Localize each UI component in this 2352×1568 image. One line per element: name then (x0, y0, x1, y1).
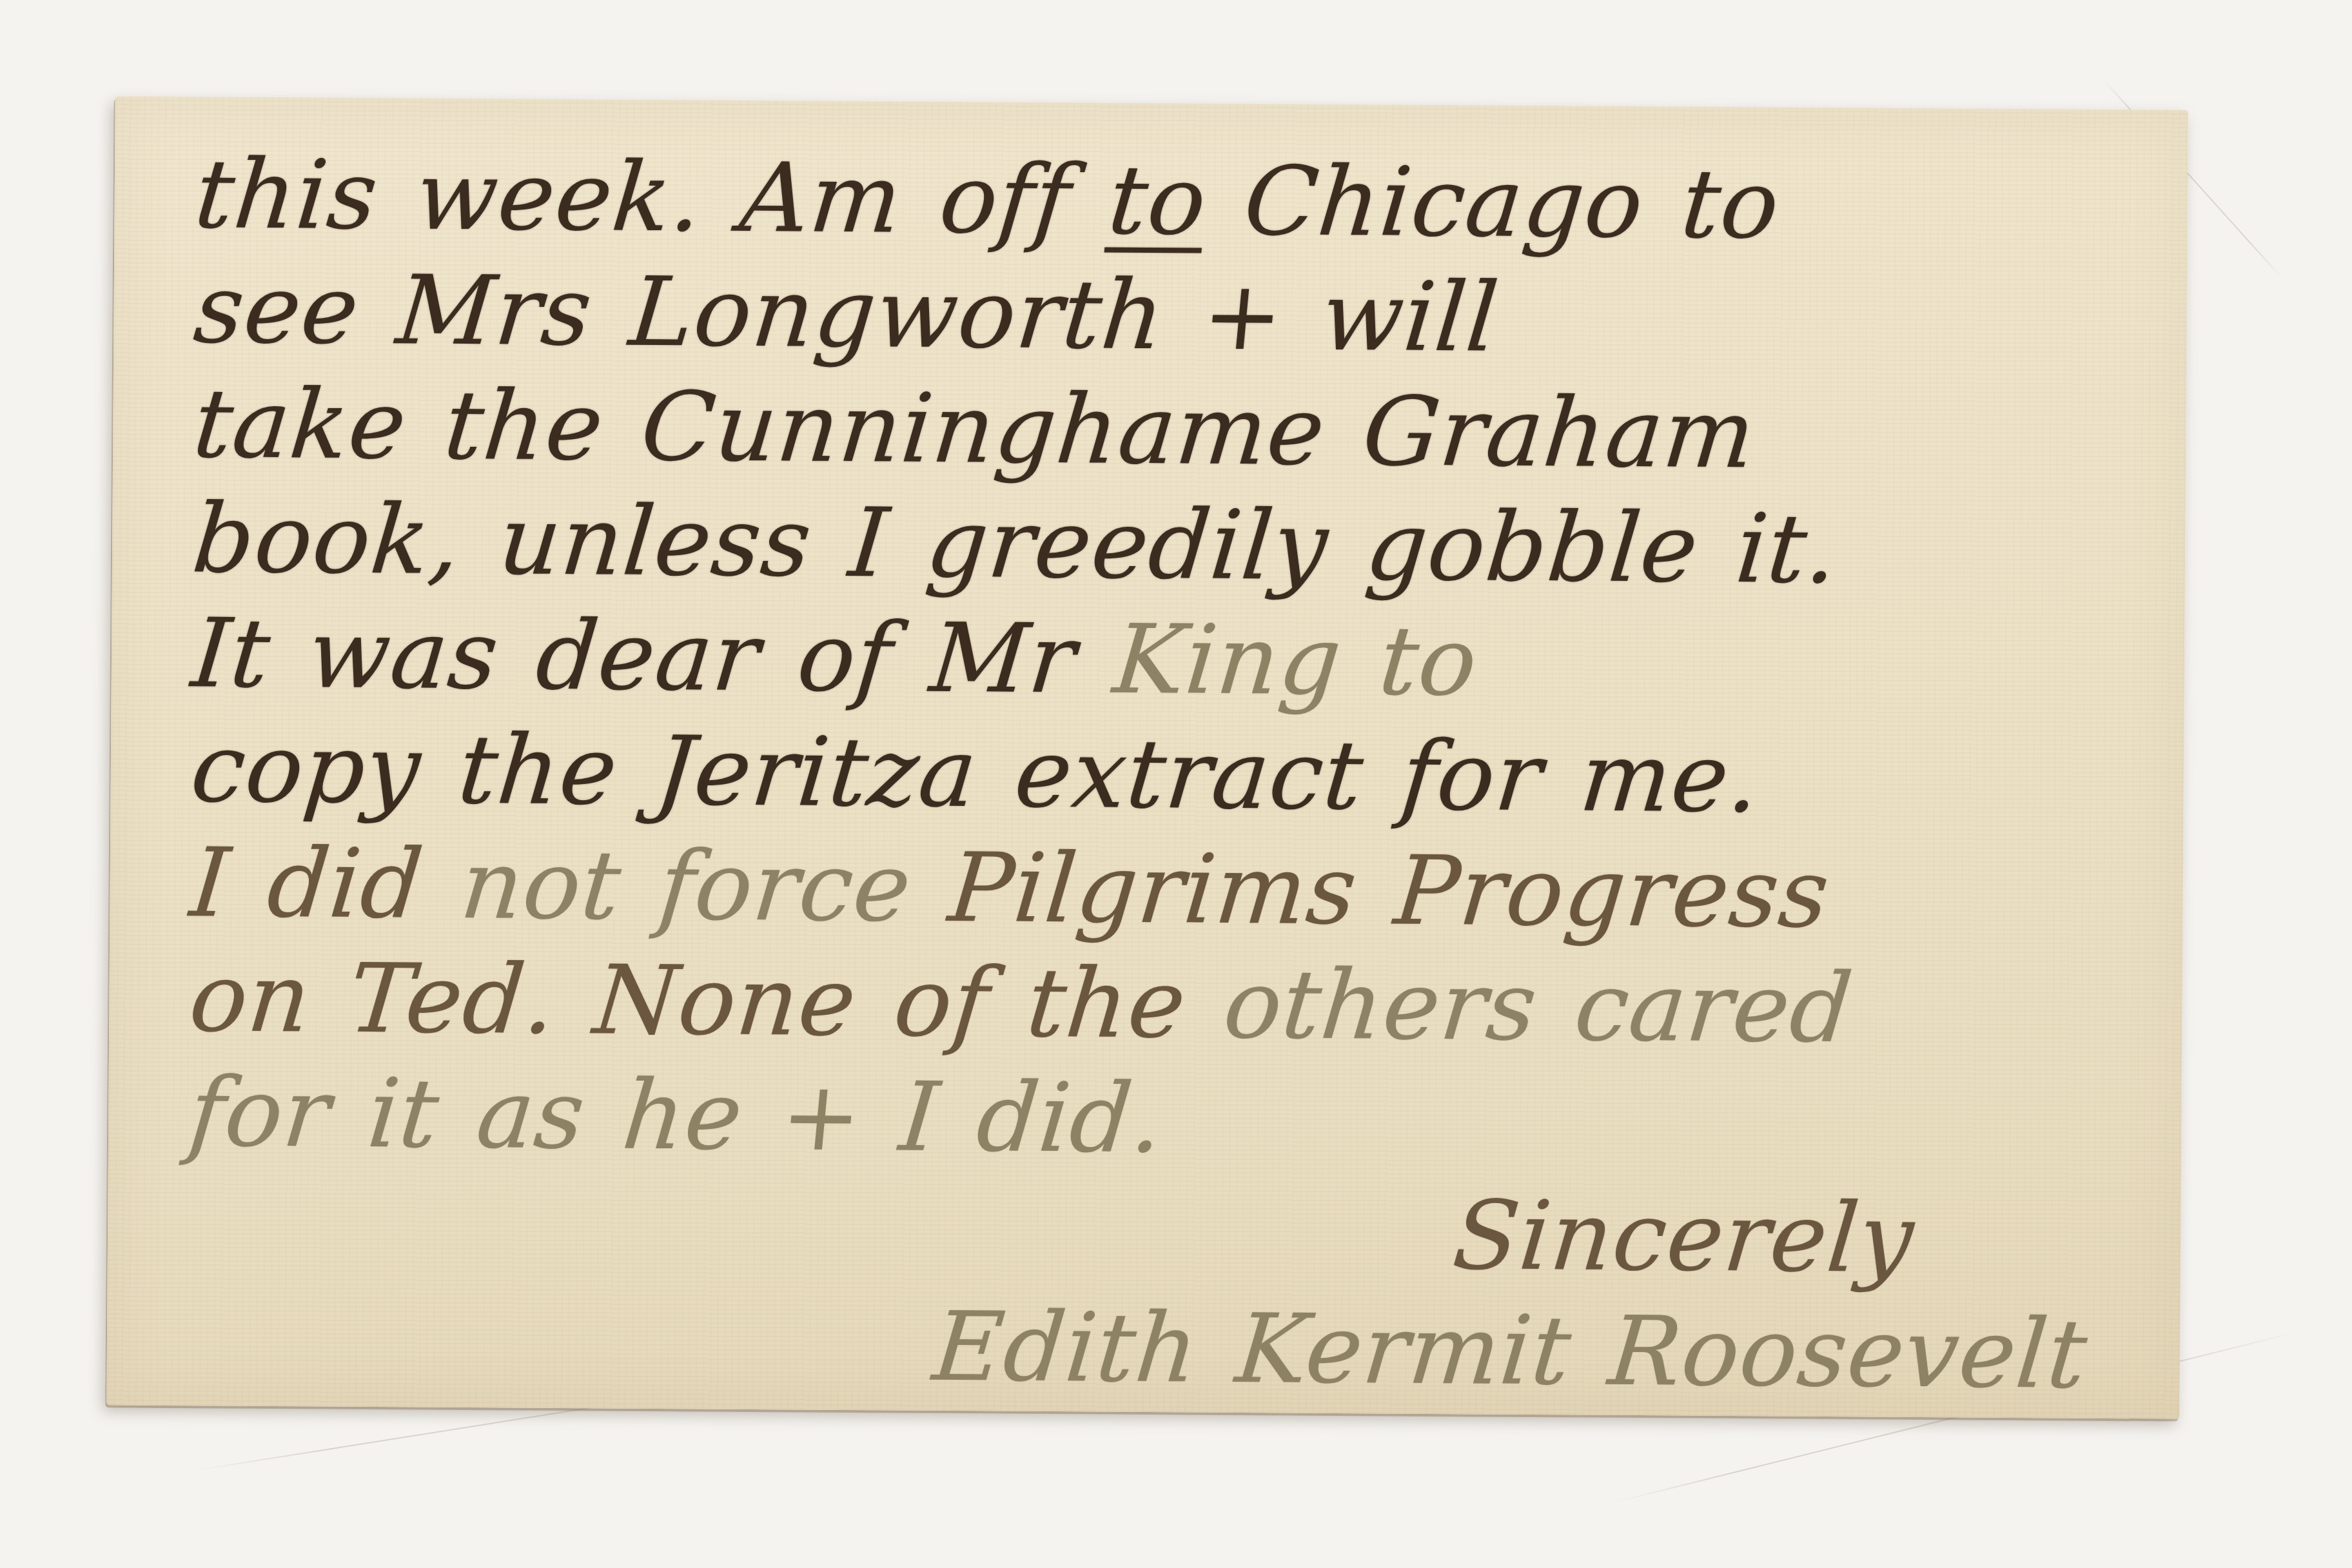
letter-text-segment: on Ted. None of the (185, 942, 1230, 1060)
letter-lines: this week. Am off to Chicago tosee Mrs L… (184, 137, 2129, 1182)
letter-text-segment: It was dear of Mr (188, 598, 1120, 714)
letter-text-segment: others cared (1219, 949, 1857, 1064)
letter-body: this week. Am off to Chicago tosee Mrs L… (182, 137, 2128, 1412)
photo-background: this week. Am off to Chicago tosee Mrs L… (0, 0, 2352, 1568)
letter-text-segment: Pilgrims Progress (945, 832, 1834, 949)
signature-edith-kermit-roosevelt: Edith Kermit Roosevelt (182, 1284, 2131, 1412)
letter-line: see Mrs Longworth + will (190, 251, 2138, 379)
closing-sincerely: Sincerely (184, 1170, 2132, 1297)
letter-text-segment: I did (186, 827, 467, 940)
letter-text-segment: book, unless I greedily gobble it. (188, 483, 1843, 605)
letter-line: It was dear of Mr King to (187, 596, 2135, 723)
letter-line: book, unless I greedily gobble it. (188, 481, 2137, 609)
letter-text-segment: Chicago to (1201, 146, 1785, 260)
handwritten-card: this week. Am off to Chicago tosee Mrs L… (106, 96, 2188, 1418)
letter-text-segment: King to (1109, 604, 1482, 718)
letter-line: this week. Am off to Chicago to (190, 137, 2139, 264)
letter-text-segment: see Mrs Longworth + will (190, 253, 1503, 373)
underlined-word: to (1104, 145, 1211, 257)
letter-line: on Ted. None of the others cared (185, 940, 2133, 1068)
letter-line: take the Cunninghame Graham (189, 366, 2137, 494)
letter-line: copy the Jeritza extract for me. (186, 710, 2135, 838)
letter-line: for it as he + I did. (184, 1055, 2133, 1182)
letter-text-segment: copy the Jeritza extract for me. (187, 712, 1765, 834)
letter-text-segment: this week. Am off (190, 139, 1114, 255)
letter-line: I did not force Pilgrims Progress (186, 825, 2134, 953)
letter-text-segment: take the Cunninghame Graham (189, 368, 1760, 489)
letter-text-segment: not force (456, 829, 955, 943)
letter-text-segment: for it as he + I did. (184, 1057, 1168, 1174)
